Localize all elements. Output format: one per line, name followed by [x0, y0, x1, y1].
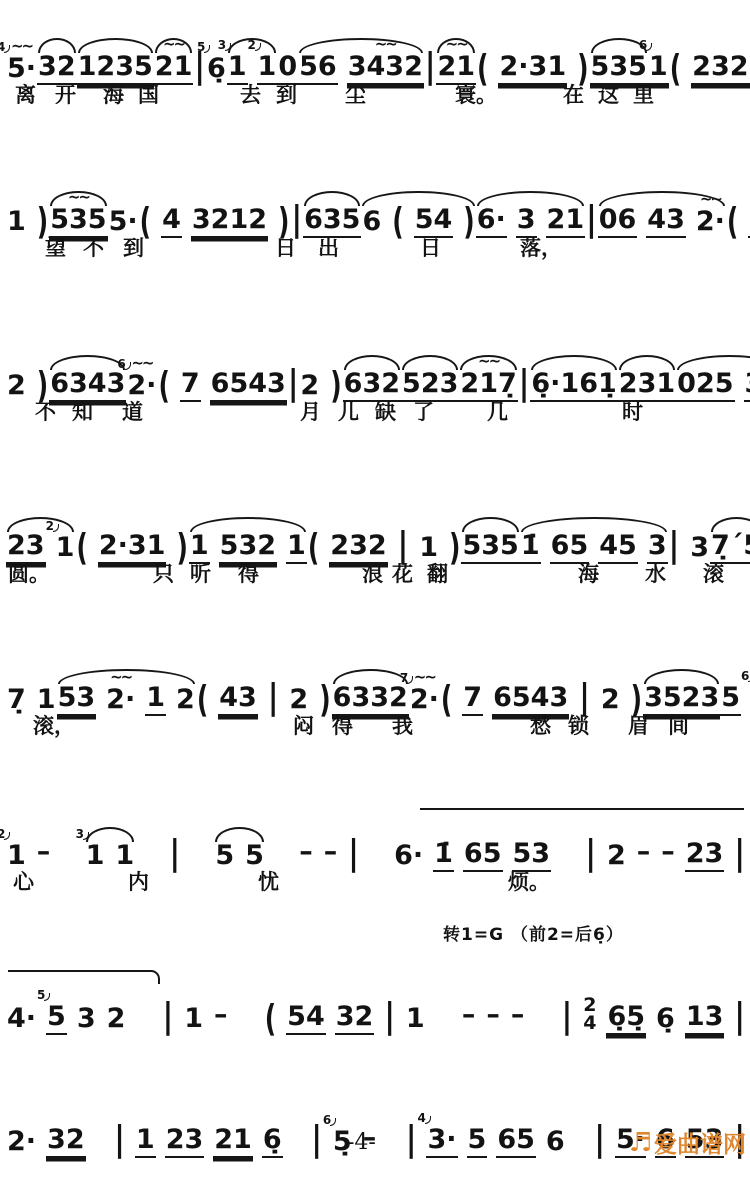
grace-note: 3 [76, 828, 84, 840]
grace-note: 6 [117, 358, 125, 370]
note-group: (5432|1 [264, 1002, 426, 1035]
lyric-syllable: 愁 [530, 710, 551, 740]
grace-note: 6 [323, 1114, 331, 1126]
lyric-syllable: 到 [276, 79, 297, 109]
grace-note: 4 [417, 1112, 425, 1124]
mordent-icon: ~~ [446, 37, 467, 52]
mordent-icon: ~~ [478, 354, 499, 369]
note-token: 2 [106, 1005, 127, 1035]
lyric-syllable: 海 [578, 558, 599, 588]
lyrics-row: 离开海国去到尘寰。在这里 [6, 79, 746, 109]
key-change-annotation: 转1=G （前2=后6̣） [443, 920, 624, 945]
lyric-syllable: 滚 [703, 558, 724, 588]
mordent-icon: ~~ [375, 37, 396, 52]
notation-row: 1)535~~5·(43212)|6356(54)6·321|06432·~~(… [6, 156, 746, 238]
note-token: 3·4 [426, 1126, 457, 1158]
lyric-syllable: 得 [332, 710, 353, 740]
lyric-syllable: 锁 [568, 710, 589, 740]
note-token: 2· [6, 1128, 37, 1158]
note-token: 54 [286, 1003, 326, 1035]
duration-dash: – [485, 1001, 501, 1035]
lyrics-row: 不知道月儿缺了几时 [6, 396, 746, 426]
lyric-syllable: 心 [13, 866, 34, 896]
lyric-syllable: 浪 [362, 558, 383, 588]
duration-dash: – [213, 1001, 229, 1035]
parenthesis: ( [264, 1001, 277, 1042]
lyric-syllable: 不 [35, 396, 56, 426]
note-group: ––– [461, 1001, 526, 1035]
time-signature: 24 [582, 997, 597, 1035]
lyric-syllable: 日 [275, 232, 296, 262]
watermark-text: 爱曲谱网 [654, 1126, 746, 1159]
lyric-syllable: 里 [633, 79, 654, 109]
lyric-syllable: 国 [138, 79, 159, 109]
lyric-syllable: 离 [15, 79, 36, 109]
note-token: 1 [183, 1005, 204, 1035]
lyric-syllable: 日 [420, 232, 441, 262]
lyrics-row: 圆。只听得浪花翻海水滚 [6, 558, 746, 588]
lyric-syllable: 开 [55, 79, 76, 109]
grace-note: 2 [0, 828, 5, 840]
notation-row: 5·4~~32123521~~|6̣513120563432~~|21~~(2·… [6, 3, 746, 85]
grace-note: 2 [248, 39, 256, 51]
lyric-syllable: 寰。 [455, 79, 497, 109]
lyric-syllable: 滚， [33, 710, 75, 740]
music-system: 5·4~~32123521~~|6̣513120563432~~|21~~(2·… [6, 3, 746, 85]
notation-row: 7̣1532·~~12(43|2)63322·7~~(76543|2)35235… [6, 634, 746, 716]
grace-note: 5 [197, 41, 205, 53]
page-number: -4- [347, 1130, 376, 1155]
music-system: 1)535~~5·(43212)|6356(54)6·321|06432·~~(… [6, 156, 746, 238]
barline: | [593, 1122, 606, 1162]
lyric-syllable: 水 [645, 558, 666, 588]
note-group: 4·5532 [6, 1003, 126, 1035]
lyric-syllable: 时 [622, 396, 643, 426]
lyrics-row: 心内忧烦。 [6, 866, 746, 896]
lyric-syllable: 圆。 [8, 558, 50, 588]
note-token: 32 [46, 1126, 86, 1158]
note-token: 6̣ [655, 1005, 676, 1035]
note-group: 2·32 [6, 1126, 86, 1158]
note-token: 5 [467, 1126, 488, 1158]
note-token: 6̣5̣ [606, 1003, 646, 1035]
barline: | [310, 1122, 323, 1162]
mordent-icon: ~~ [163, 37, 184, 52]
lyric-syllable: 知 [72, 396, 93, 426]
sheet-page: 5·4~~32123521~~|6̣513120563432~~|21~~(2·… [0, 0, 750, 1181]
lyric-syllable: 了 [413, 396, 434, 426]
mordent-icon: ~~ [110, 670, 131, 685]
note-token: 32 [335, 1003, 375, 1035]
lyrics-row: 望不到日出日落， [6, 232, 746, 262]
lyric-syllable: 儿 [338, 396, 359, 426]
lyrics-row: 滚，闷得我愁锁眉间 [6, 710, 746, 740]
grace-note: 5 [37, 989, 45, 1001]
note-token: 23 [165, 1126, 205, 1158]
lyric-syllable: 在 [563, 79, 584, 109]
grace-note: 4 [0, 41, 5, 53]
lyric-syllable: 月 [300, 396, 321, 426]
notation-row: 4·5532|1–(5432|1–––|246̣5̣6̣13| [6, 953, 746, 1035]
music-system: 12–131|55––|6·1̇6553|2––23|心内忧烦。 [6, 790, 746, 872]
lyric-syllable: 去 [240, 79, 261, 109]
time-signature-digit: 4 [583, 1015, 596, 1032]
music-system: 7̣1532·~~12(43|2)63322·7~~(76543|2)35235… [6, 634, 746, 716]
barline: | [383, 999, 396, 1039]
lyric-syllable: 间 [668, 710, 689, 740]
lyric-syllable: 几 [487, 396, 508, 426]
music-system: 转1=G （前2=后6̣）4·5532|1–(5432|1–––|246̣5̣6… [6, 953, 746, 1035]
mordent-icon: ~~ [11, 39, 32, 54]
lyric-syllable: 听 [190, 558, 211, 588]
music-system: 2)63432·6~~(76543|2)632523217̣~~|6̣·161̣… [6, 320, 746, 402]
duration-dash: – [461, 1001, 477, 1035]
grace-note: 6 [639, 39, 647, 51]
barline: | [561, 999, 574, 1039]
lyric-syllable: 得 [238, 558, 259, 588]
watermark: ♬ 爱曲谱网 [629, 1126, 746, 1159]
note-group: |3·45656 [405, 1125, 566, 1158]
note-token: 55 [46, 1003, 67, 1035]
lyric-syllable: 这 [598, 79, 619, 109]
barline: | [405, 1122, 418, 1162]
notation-row: 2312(2·31)15321(232|1)5351̇65453|37̣ˊ52·… [6, 482, 746, 564]
grace-note: 2 [46, 520, 54, 532]
phrase-line [420, 808, 744, 822]
lyric-syllable: 望 [45, 232, 66, 262]
barline: | [113, 1122, 126, 1162]
grace-note: 7 [400, 672, 408, 684]
notation-row: 12–131|55––|6·1̇6553|2––23| [6, 790, 746, 872]
note-group: |246̣5̣6̣13| [561, 997, 746, 1035]
lyric-syllable: 尘 [345, 79, 366, 109]
lyric-syllable: 落， [520, 232, 562, 262]
note-group: |123216̣ [113, 1125, 282, 1158]
note-token: 3 [76, 1005, 97, 1035]
lyric-syllable: 烦。 [508, 866, 550, 896]
music-note-icon: ♬ [629, 1130, 652, 1156]
lyric-syllable: 闷 [293, 710, 314, 740]
lyric-syllable: 内 [128, 866, 149, 896]
lyric-syllable: 只 [153, 558, 174, 588]
lyric-syllable: 海 [103, 79, 124, 109]
phrase-line [8, 970, 160, 984]
note-token: 65 [496, 1126, 536, 1158]
mordent-icon: ~~ [68, 190, 89, 205]
note-token: 6̣ [262, 1126, 283, 1158]
note-token: 4· [6, 1005, 37, 1035]
note-token: 6 [545, 1128, 566, 1158]
note-token: 1 [405, 1005, 426, 1035]
lyric-syllable: 我 [392, 710, 413, 740]
lyric-syllable: 缺 [375, 396, 396, 426]
barline: | [162, 999, 175, 1039]
note-group: |1– [162, 1001, 229, 1035]
grace-note: 3 [218, 39, 226, 51]
lyric-syllable: 忧 [258, 866, 279, 896]
music-system: 2312(2·31)15321(232|1)5351̇65453|37̣ˊ52·… [6, 482, 746, 564]
lyric-syllable: 眉 [628, 710, 649, 740]
lyric-syllable: 到 [123, 232, 144, 262]
note-token: 1 [135, 1126, 156, 1158]
duration-dash: – [510, 1001, 526, 1035]
mordent-icon: ~~ [700, 192, 721, 207]
lyric-syllable: 花 [392, 558, 413, 588]
lyric-syllable: 出 [318, 232, 339, 262]
notation-row: 2)63432·6~~(76543|2)632523217̣~~|6̣·161̣… [6, 320, 746, 402]
mordent-icon: ~~ [131, 356, 152, 371]
grace-note: 6 [741, 670, 749, 682]
lyric-syllable: 道 [122, 396, 143, 426]
note-token: 13 [685, 1003, 725, 1035]
lyric-syllable: 不 [83, 232, 104, 262]
barline: | [733, 999, 746, 1039]
lyric-syllable: 翻 [427, 558, 448, 588]
note-token: 21 [213, 1126, 253, 1158]
mordent-icon: ~~ [414, 670, 435, 685]
